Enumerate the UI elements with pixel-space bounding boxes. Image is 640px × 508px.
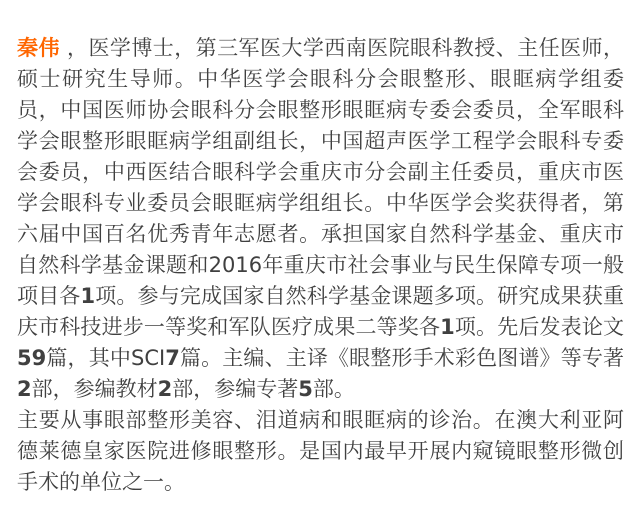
person-name: 秦伟 [17, 36, 60, 60]
bio-text-segment: 部。 [313, 377, 355, 401]
bio-text-segment: 7 [165, 346, 180, 370]
bio-text-segment: 2 [17, 377, 32, 401]
bio-text-segment: 篇。主编、主译《眼整形手术彩色图谱》等专著 [180, 346, 624, 370]
bio-text-segment: 主要从事眼部整形美容、泪道病和眼眶病的诊治。在澳大利亚阿德莱德皇家医院进修眼整形… [17, 408, 624, 494]
bio-text-segment: 篇，其中SCI [46, 346, 165, 370]
bio-paragraph: 秦伟 ，医学博士，第三军医大学西南医院眼科教授、主任医师，硕士研究生导师。中华医… [17, 33, 624, 405]
bio-text-segment: 项。先后发表论文 [455, 315, 624, 339]
bio-text-segment: 1 [440, 315, 455, 339]
bio-text-segment: 部，参编教材 [32, 377, 158, 401]
bio-text-segment: 2 [158, 377, 173, 401]
bio-text-block: 秦伟 ，医学博士，第三军医大学西南医院眼科教授、主任医师，硕士研究生导师。中华医… [0, 0, 640, 498]
bio-text-segment: 部，参编专著 [172, 377, 298, 401]
bio-text-segment: 5 [298, 377, 313, 401]
bio-text-segment: 1 [80, 284, 95, 308]
bio-text-segment: 59 [17, 346, 46, 370]
bio-text-segment: ，医学博士，第三军医大学西南医院眼科教授、主任医师，硕士研究生导师。中华医学会眼… [17, 36, 624, 308]
bio-paragraph: 主要从事眼部整形美容、泪道病和眼眶病的诊治。在澳大利亚阿德莱德皇家医院进修眼整形… [17, 405, 624, 498]
